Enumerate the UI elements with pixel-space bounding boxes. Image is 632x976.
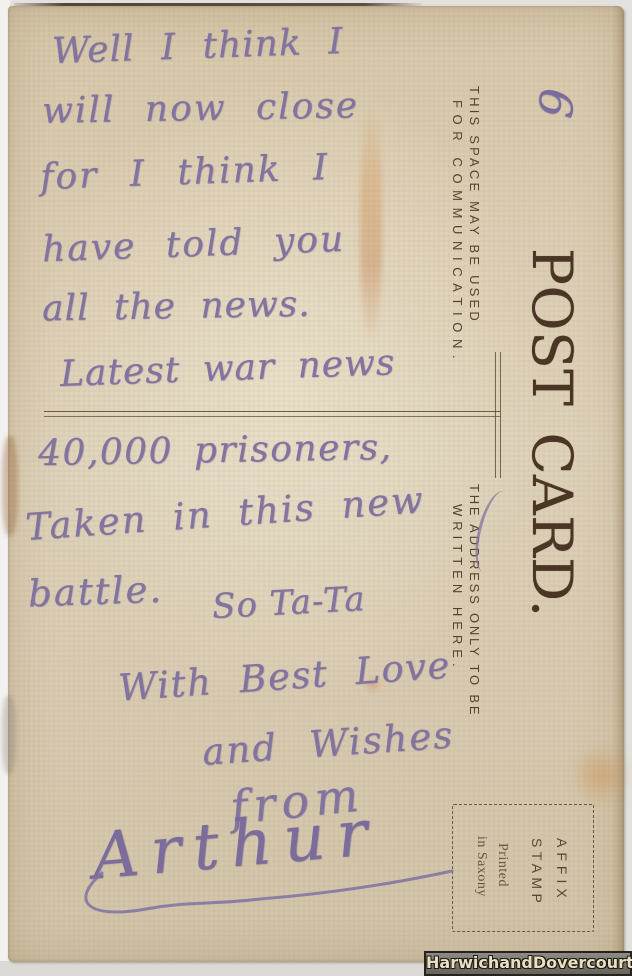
stamp-box-stamp-label: STAMP [530,838,544,907]
address-instruction-line-2: WRITTEN HERE. [451,504,464,672]
postcard-title: POST CARD. [524,248,579,618]
divider-horizontal-rule [44,411,500,417]
handwritten-line-2: will now close [42,85,360,132]
paper-stain [360,110,382,338]
divider-vertical-rule [495,352,501,478]
closing-line-2: and Wishes [201,713,456,773]
card-top-edge [14,3,422,6]
handwritten-corner-number: 6 [527,86,584,121]
handwritten-line-5: all the news. [42,284,311,330]
closing-line-1: With Best Love [117,643,452,709]
postcard-back: THIS SPACE MAY BE USED FOR COMMUNICATION… [8,6,624,962]
handwritten-line-10: So Ta-Ta [211,579,366,627]
space-instruction-line-1: THIS SPACE MAY BE USED [468,86,481,324]
edge-wear-mark [2,436,18,536]
printer-credit-line-1: Printed [495,843,509,887]
watermark: HarwichandDovercourt.com [424,951,632,976]
edge-wear-mark [2,696,16,774]
handwritten-line-9: battle. [27,568,163,616]
handwritten-line-1: Well I think I [51,21,344,72]
handwritten-line-8: Taken in this new [24,478,426,549]
space-instruction-line-2: FOR COMMUNICATION. [451,100,464,365]
signature-flourish [60,845,460,925]
postcard-scan: THIS SPACE MAY BE USED FOR COMMUNICATION… [0,0,632,976]
handwritten-line-6: Latest war news [59,342,395,395]
handwritten-line-3: for I think I [39,147,329,198]
address-instruction-line-1: THE ADDRESS ONLY TO BE [468,484,481,717]
handwritten-line-7: 40,000 prisoners, [38,427,393,474]
handwritten-line-4: have told you [41,219,345,271]
stamp-box-affix-label: AFFIX [555,838,569,903]
printer-credit-line-2: in Saxony [474,836,488,897]
card-right-edge-shadow [612,6,624,962]
